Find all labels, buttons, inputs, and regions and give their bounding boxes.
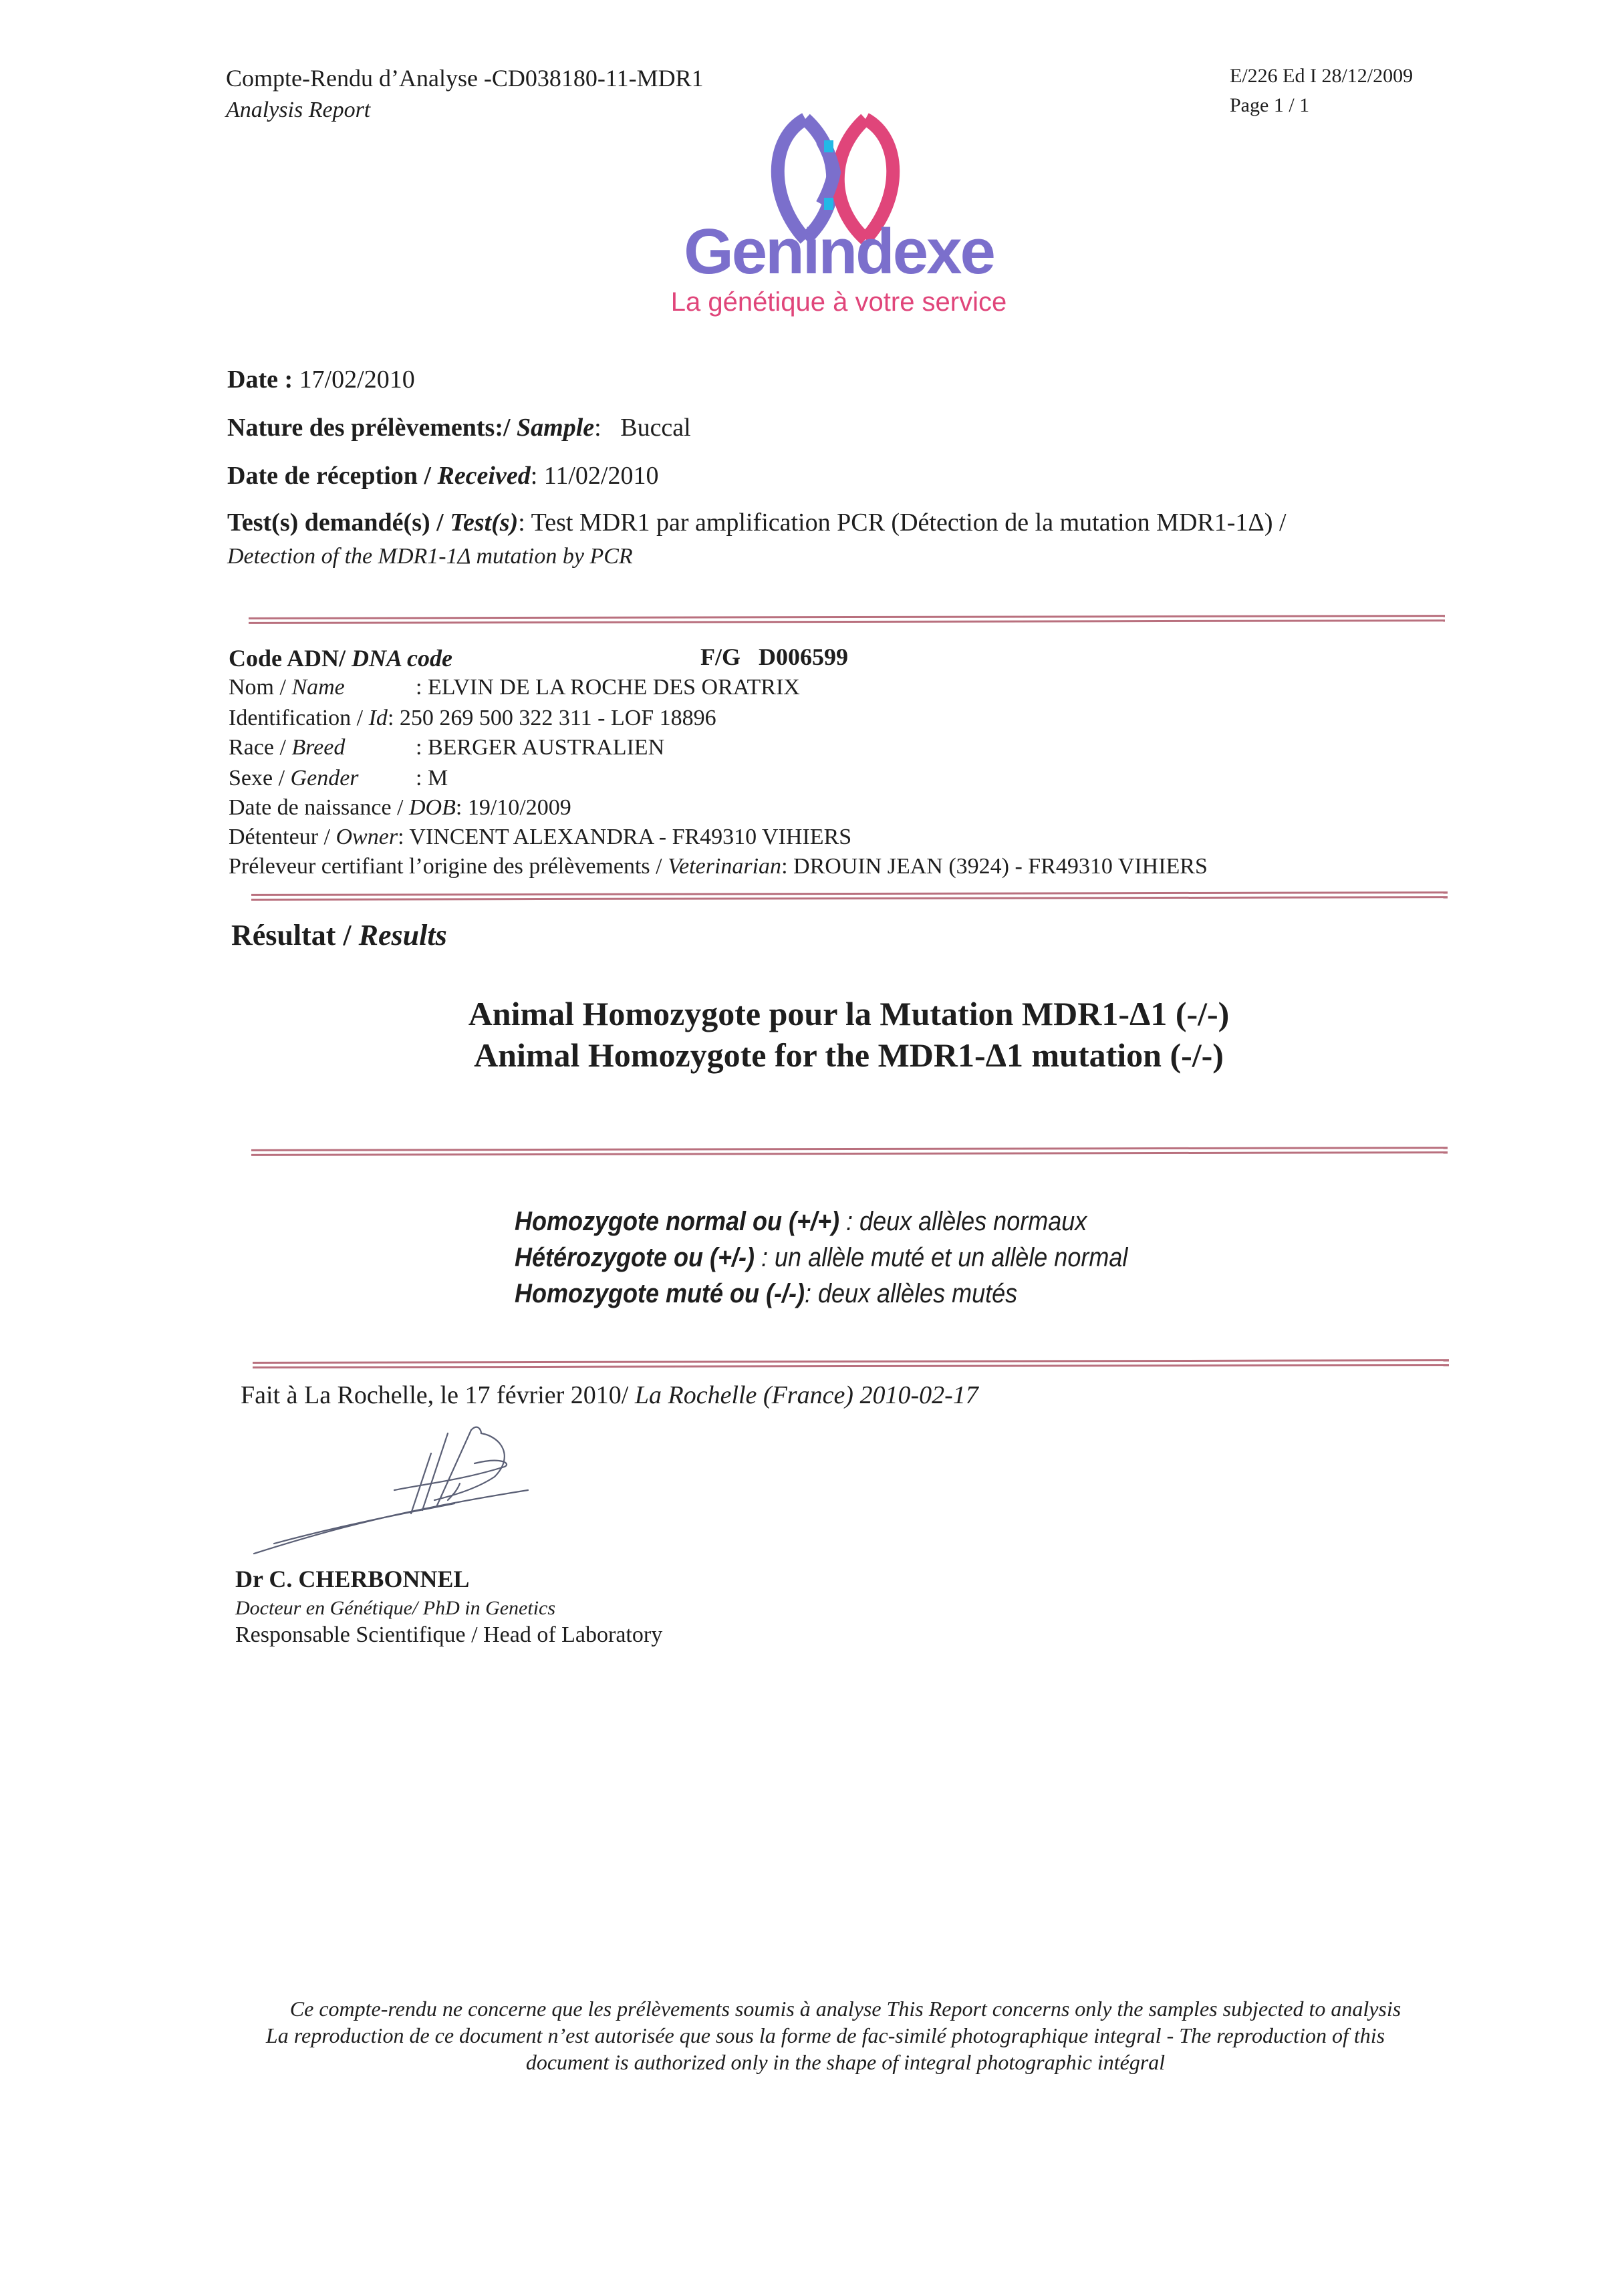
signature-icon: [247, 1417, 595, 1564]
results-heading: Résultat / Results: [231, 918, 447, 952]
sample-label: Nature des prélèvements:/: [227, 414, 511, 442]
field-value: : ELVIN DE LA ROCHE DES ORATRIX: [416, 675, 800, 700]
divider: [249, 615, 1445, 624]
animal-field-veterinarian: Préleveur certifiant l’origine des prélè…: [229, 854, 1208, 879]
received-label-en: Received: [437, 462, 530, 490]
legend-term: Hétérozygote ou (+/-): [515, 1243, 755, 1272]
result-line-en: Animal Homozygote for the MDR1-Δ1 mutati…: [414, 1036, 1283, 1074]
animal-field-gender: Sexe / Gender : M: [229, 766, 359, 791]
field-label: Race /: [229, 735, 286, 760]
field-label: Identification /: [229, 706, 363, 730]
results-heading-fr: Résultat /: [231, 919, 352, 952]
report-subtitle: Analysis Report: [226, 98, 370, 123]
animal-field-owner: Détenteur / Owner: VINCENT ALEXANDRA - F…: [229, 825, 851, 850]
tests-value: Test MDR1 par amplification PCR (Détecti…: [531, 509, 1287, 537]
dna-code-label-en: DNA code: [352, 645, 452, 672]
legend-desc: : deux allèles mutés: [805, 1279, 1017, 1308]
report-date: Date : 17/02/2010: [227, 365, 415, 394]
place-date-en: La Rochelle (France) 2010-02-17: [635, 1381, 978, 1409]
received-label: Date de réception /: [227, 462, 431, 490]
signer-role: Responsable Scientifique / Head of Labor…: [235, 1622, 662, 1648]
date-label: Date :: [227, 366, 293, 394]
watermark: ORIGINAL: [601, 246, 1065, 911]
field-label-en: Veterinarian: [668, 854, 781, 879]
field-value: : 19/10/2009: [456, 795, 571, 820]
tests-row: Test(s) demandé(s) / Test(s): Test MDR1 …: [227, 508, 1287, 537]
field-label-en: Name: [291, 675, 344, 700]
animal-field-breed: Race / Breed : BERGER AUSTRALIEN: [229, 735, 345, 760]
dna-code-value: F/G D006599: [700, 643, 848, 671]
field-label: Sexe /: [229, 766, 285, 791]
field-value: : VINCENT ALEXANDRA - FR49310 VIHIERS: [398, 825, 851, 849]
divider: [251, 1147, 1448, 1156]
date-value: 17/02/2010: [299, 366, 415, 394]
tests-value-en-text: Detection of the MDR1-1Δ mutation by PCR: [227, 544, 633, 569]
dna-code-label: Code ADN/: [229, 645, 346, 672]
brand-tagline: La génétique à votre service: [638, 287, 1039, 317]
field-label: Date de naissance /: [229, 795, 404, 820]
field-label-en: Gender: [291, 766, 359, 791]
tests-value-en: Detection of the MDR1-1Δ mutation by PCR: [227, 544, 633, 569]
legend-item: Homozygote muté ou (-/-): deux allèles m…: [515, 1279, 1017, 1309]
signer-name: Dr C. CHERBONNEL: [235, 1565, 469, 1593]
edition: E/226 Ed I 28/12/2009: [1230, 61, 1413, 91]
brand-name: Genindexe: [665, 215, 1013, 289]
document-reference: E/226 Ed I 28/12/2009 Page 1 / 1: [1230, 61, 1413, 120]
signer-title: Docteur en Génétique/ PhD in Genetics: [235, 1597, 555, 1620]
field-value: : DROUIN JEAN (3924) - FR49310 VIHIERS: [781, 854, 1208, 879]
legend-item: Hétérozygote ou (+/-) : un allèle muté e…: [515, 1243, 1127, 1273]
animal-field-name: Nom / Name : ELVIN DE LA ROCHE DES ORATR…: [229, 675, 345, 700]
animal-field-id: Identification / Id: 250 269 500 322 311…: [229, 706, 716, 731]
field-label: Nom /: [229, 675, 286, 700]
field-label-en: Owner: [336, 825, 398, 849]
legend-desc: : un allèle muté et un allèle normal: [755, 1243, 1127, 1272]
field-label-en: DOB: [409, 795, 456, 820]
place-date-fr: Fait à La Rochelle, le 17 février 2010/: [241, 1381, 628, 1409]
page-number: Page 1 / 1: [1230, 91, 1413, 120]
legend-item: Homozygote normal ou (+/+) : deux allèle…: [515, 1207, 1087, 1237]
field-value: : 250 269 500 322 311 - LOF 18896: [388, 706, 716, 730]
divider: [251, 891, 1448, 901]
sample-value: Buccal: [620, 414, 691, 442]
result-line-fr: Animal Homozygote pour la Mutation MDR1-…: [414, 994, 1283, 1033]
place-and-date: Fait à La Rochelle, le 17 février 2010/ …: [241, 1381, 978, 1410]
received-value: 11/02/2010: [544, 462, 659, 490]
dna-code-row: Code ADN/ DNA code: [229, 644, 452, 672]
footer-line: La reproduction de ce document n’est aut…: [174, 2023, 1477, 2048]
sample-row: Nature des prélèvements:/ Sample: Buccal: [227, 413, 691, 442]
field-value: : M: [416, 766, 448, 791]
tests-label: Test(s) demandé(s) /: [227, 509, 444, 537]
legend-term: Homozygote muté ou (-/-): [515, 1279, 805, 1308]
sample-label-en: Sample: [517, 414, 594, 442]
field-label-en: Id: [369, 706, 388, 730]
received-row: Date de réception / Received: 11/02/2010: [227, 461, 658, 490]
animal-field-dob: Date de naissance / DOB: 19/10/2009: [229, 795, 571, 821]
report-title: Compte-Rendu d’Analyse -CD038180-11-MDR1: [226, 64, 704, 92]
legend-term: Homozygote normal ou (+/+): [515, 1207, 839, 1236]
divider: [253, 1359, 1449, 1369]
legend-desc: : deux allèles normaux: [839, 1207, 1087, 1236]
footer-line: Ce compte-rendu ne concerne que les prél…: [194, 1997, 1497, 2021]
field-label: Préleveur certifiant l’origine des prélè…: [229, 854, 662, 879]
field-value: : BERGER AUSTRALIEN: [416, 735, 664, 760]
field-label: Détenteur /: [229, 825, 330, 849]
footer-line: document is authorized only in the shape…: [194, 2050, 1497, 2075]
field-label-en: Breed: [291, 735, 345, 760]
results-heading-en: Results: [359, 919, 447, 952]
tests-label-en: Test(s): [450, 509, 518, 537]
